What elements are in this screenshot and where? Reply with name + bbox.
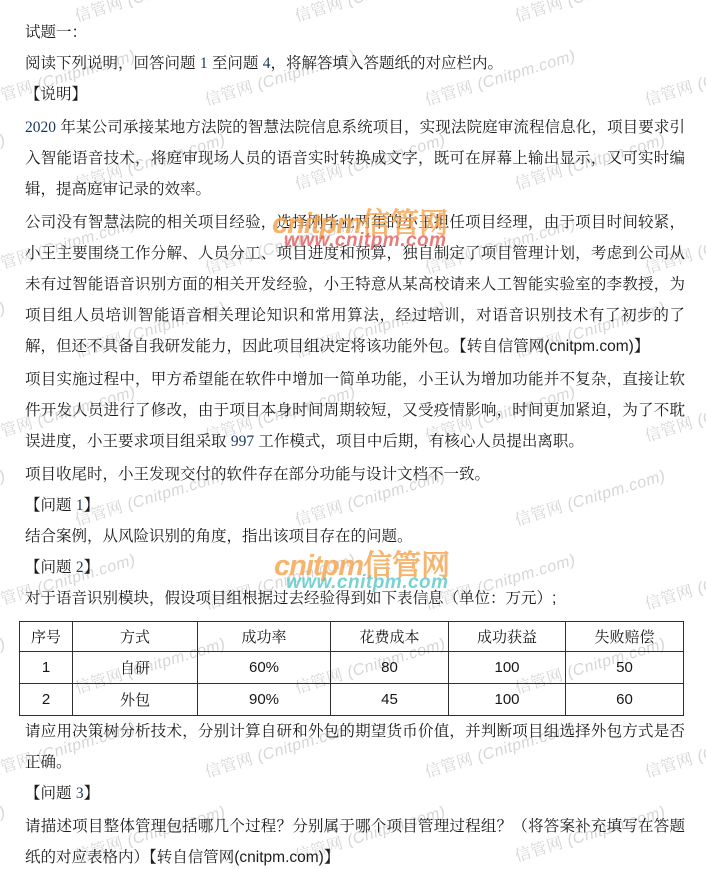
question-1-text: 结合案例，从风险识别的角度，指出该项目存在的问题。 [25,521,685,552]
document-content: 试题一： 阅读下列说明，回答问题 1 至问题 4，将解答填入答题纸的对应栏内。 … [0,0,706,869]
description-label: 【说明】 [25,79,685,110]
question-3-text: 请描述项目整体管理包括哪几个过程？分别属于哪个项目管理过程组？（将答案补充填写在… [25,811,685,869]
question-1-label: 【问题 1】 [25,490,685,521]
question-set-title: 试题一： [25,17,685,48]
question-2-instruction: 请应用决策树分析技术，分别计算自研和外包的期望货币价值，并判断项目组选择外包方式… [25,716,685,778]
paragraph-pm-assignment: 公司没有智慧法院的相关项目经验，选择刚毕业两年的小王担任项目经理，由于项目时间较… [25,207,685,362]
exam-document-page: 信管网 (Cnitpm.com)信管网 (Cnitpm.com)信管网 (Cni… [0,0,706,869]
decision-table-cell: 自研 [73,652,198,684]
decision-table: 序号方式成功率花费成本成功获益失败赔偿 1自研60%80100502外包90%4… [19,621,684,716]
paragraph-implementation: 项目实施过程中，甲方希望能在软件中增加一简单功能，小王认为增加功能并不复杂，直接… [25,364,685,457]
decision-table-header-cell: 花费成本 [331,622,449,652]
decision-table-cell: 45 [331,684,449,716]
decision-table-cell: 60% [198,652,331,684]
decision-table-cell: 2 [20,684,73,716]
decision-table-cell: 100 [449,652,566,684]
decision-table-header-cell: 成功率 [198,622,331,652]
decision-table-row: 2外包90%4510060 [20,684,684,716]
paragraph-project-background: 2020 年某公司承接某地方法院的智慧法院信息系统项目，实现法院庭审流程信息化，… [25,112,685,205]
decision-table-cell: 1 [20,652,73,684]
question-2-label: 【问题 2】 [25,552,685,583]
intro-line: 阅读下列说明，回答问题 1 至问题 4，将解答填入答题纸的对应栏内。 [25,48,685,79]
decision-table-cell: 60 [566,684,684,716]
decision-table-body: 1自研60%80100502外包90%4510060 [20,652,684,716]
decision-table-header-cell: 序号 [20,622,73,652]
decision-table-cell: 50 [566,652,684,684]
question-3-label: 【问题 3】 [25,778,685,809]
question-2-intro: 对于语音识别模块，假设项目组根据过去经验得到如下表信息（单位：万元）; [25,583,685,614]
decision-table-cell: 90% [198,684,331,716]
decision-table-header-row: 序号方式成功率花费成本成功获益失败赔偿 [20,622,684,652]
decision-table-cell: 80 [331,652,449,684]
decision-table-header-cell: 失败赔偿 [566,622,684,652]
paragraph-closing: 项目收尾时，小王发现交付的软件存在部分功能与设计文档不一致。 [25,459,685,490]
decision-table-header-cell: 方式 [73,622,198,652]
decision-table-cell: 外包 [73,684,198,716]
decision-table-header-cell: 成功获益 [449,622,566,652]
decision-table-cell: 100 [449,684,566,716]
decision-table-row: 1自研60%8010050 [20,652,684,684]
